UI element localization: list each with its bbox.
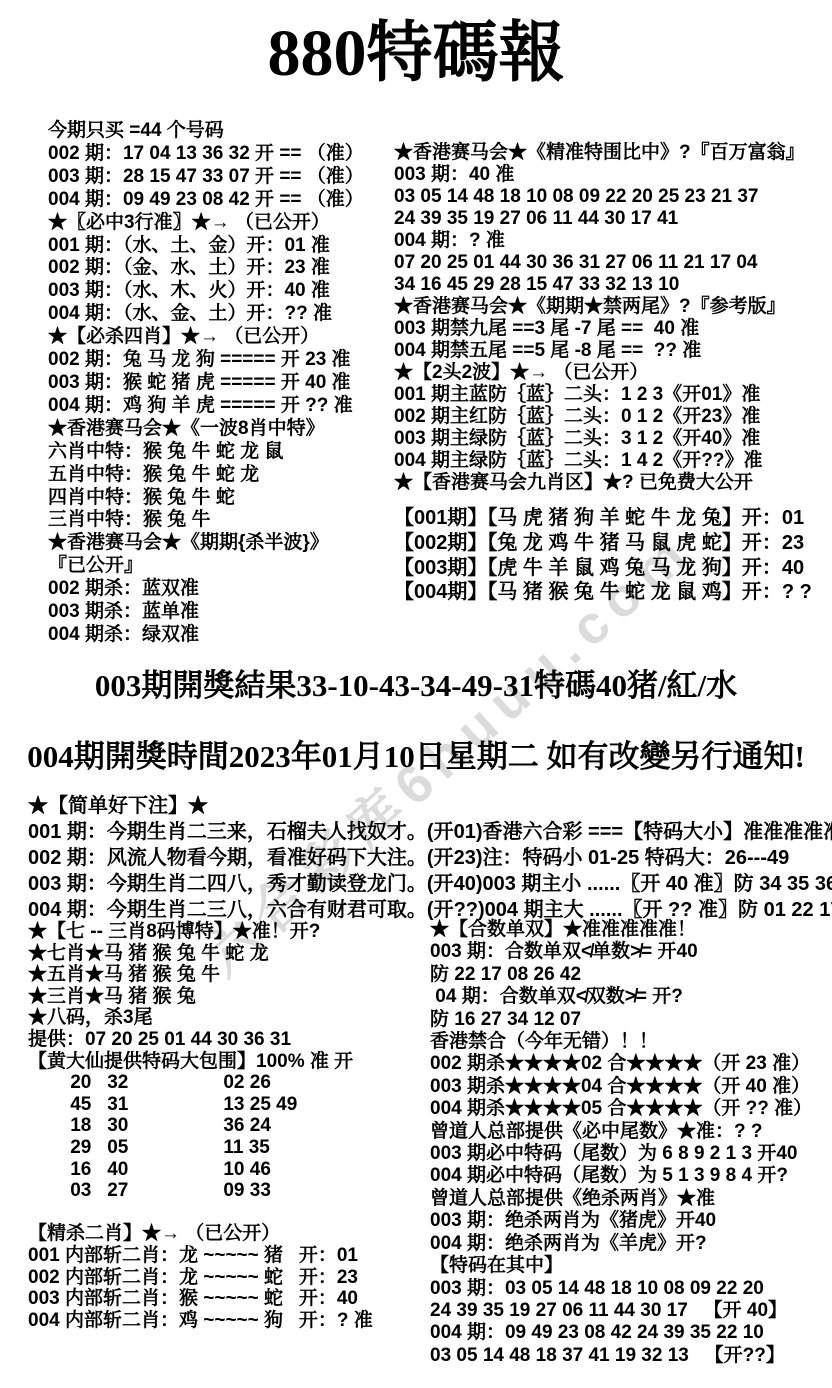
page: 六合彩库6huuu.com 880特碼報 今期只买 =44 个号码002 期：1… xyxy=(0,0,832,1388)
text-line: 003 期主绿防｛蓝｝二头：3 1 2《开40》准 xyxy=(394,428,826,450)
text-line: 20 32 02 26 xyxy=(28,1072,428,1094)
text-line: ★【简单好下注】★ xyxy=(28,793,828,819)
text-line: ★香港赛马会★《一波8肖中特》 xyxy=(48,418,393,441)
text-line: 【黄大仙提供特码大包围】100% 准 开 xyxy=(28,1051,428,1073)
text-line: 003 期：28 15 47 33 07 开 == （准） xyxy=(48,166,393,189)
text-line xyxy=(28,1202,428,1224)
text-line: 曾道人总部提供《绝杀两肖》★准 xyxy=(430,1188,830,1210)
text-line: 【精杀二肖】★→ （已公开） xyxy=(28,1223,428,1245)
text-line: ★【必杀四肖】★→ （已公开） xyxy=(48,326,393,349)
text-line: 003 期杀：蓝单准 xyxy=(48,601,393,624)
text-line: 【003期】【虎 牛 羊 鼠 鸡 兔 马 龙 狗】开：40 xyxy=(394,556,826,581)
text-line: 04 期：合数单双≮双数≯= 开? xyxy=(430,986,830,1008)
text-line: 防 22 17 08 26 42 xyxy=(430,964,830,986)
text-line: 002 期杀：蓝双准 xyxy=(48,578,393,601)
text-line: 003 期：合数单双≮单数≯= 开40 xyxy=(430,941,830,963)
text-line: ★七肖★马 猪 猴 兔 牛 蛇 龙 xyxy=(28,943,428,965)
text-line: 三肖中特：猴 兔 牛 xyxy=(48,509,393,532)
section-top-left-tips: 今期只买 =44 个号码002 期：17 04 13 36 32 开 == （准… xyxy=(48,120,393,647)
text-line: 003 期杀★★★★04 合★★★★（开 40 准） xyxy=(430,1076,830,1098)
text-line: 001 期：（水、土、金）开：01 准 xyxy=(48,235,393,258)
text-line: 004 期：09 49 23 08 42 开 == （准） xyxy=(48,189,393,212)
text-line: 003 期：40 准 xyxy=(394,164,826,186)
text-line: 004 期杀：绿双准 xyxy=(48,624,393,647)
text-line: ★香港赛马会★《期期{杀半波}》 xyxy=(48,532,393,555)
text-line: 002 内部斩二肖：龙 ~~~~~ 蛇 开：23 xyxy=(28,1267,428,1289)
text-line: 24 39 35 19 27 06 11 44 30 17 【开 40】 xyxy=(430,1300,830,1322)
text-line: 001 内部斩二肖：龙 ~~~~~ 猪 开：01 xyxy=(28,1245,428,1267)
text-line: 提供：07 20 25 01 44 30 36 31 xyxy=(28,1029,428,1051)
text-line: 003 期：绝杀两肖为《猪虎》开40 xyxy=(430,1210,830,1232)
text-line: 『已公开』 xyxy=(48,555,393,578)
text-line: 34 16 45 29 28 15 47 33 32 13 10 xyxy=(394,274,826,296)
text-line: 【004期】【马 猪 猴 兔 牛 蛇 龙 鼠 鸡】开：? ? xyxy=(394,580,826,605)
text-line: ★【香港赛马会九肖区】★? 已免费大公开 xyxy=(394,472,826,494)
text-line: 002 期主红防｛蓝｝二头：0 1 2《开23》准 xyxy=(394,406,826,428)
text-line: 004 期主绿防｛蓝｝二头：1 4 2《开??》准 xyxy=(394,450,826,472)
text-line: 45 31 13 25 49 xyxy=(28,1094,428,1116)
section-lower-right: ★【合数单双】★准准准准准！003 期：合数单双≮单数≯= 开40防 22 17… xyxy=(430,919,830,1367)
text-line: 29 05 11 35 xyxy=(28,1137,428,1159)
section-lower-left: ★【七 -- 三肖8码博特】★准！开?★七肖★马 猪 猴 兔 牛 蛇 龙★五肖★… xyxy=(28,921,428,1331)
text-line: ★香港赛马会★《期期★禁两尾》?『参考版』 xyxy=(394,296,826,318)
text-line: ★三肖★马 猪 猴 兔 xyxy=(28,986,428,1008)
text-line: 16 40 10 46 xyxy=(28,1159,428,1181)
text-line: 【002期】【兔 龙 鸡 牛 猪 马 鼠 虎 蛇】开：23 xyxy=(394,531,826,556)
text-line: 004 期杀★★★★05 合★★★★（开 ?? 准） xyxy=(430,1098,830,1120)
result-banner: 003期開獎結果33-10-43-34-49-31特碼40猪/紅/水 xyxy=(0,660,832,705)
text-line: 曾道人总部提供《必中尾数》★准：? ? xyxy=(430,1121,830,1143)
text-line: 004 期：? 准 xyxy=(394,230,826,252)
top-right-main-lines: ★香港赛马会★《精准特围比中》?『百万富翁』003 期：40 准03 05 14… xyxy=(394,142,826,494)
text-line: 002 期：风流人物看今期，看准好码下大注。(开23)注：特码小 01-25 特… xyxy=(28,845,828,871)
text-line: ★【合数单双】★准准准准准！ xyxy=(430,919,830,941)
text-line: 004 期：（水、金、土）开：?? 准 xyxy=(48,303,393,326)
text-line: 003 期：03 05 14 48 18 10 08 09 22 20 xyxy=(430,1278,830,1300)
text-line: ★〖必中3行准〗★→ （已公开） xyxy=(48,212,393,235)
text-line: 001 期主蓝防｛蓝｝二头：1 2 3《开01》准 xyxy=(394,384,826,406)
text-line: 002 期杀★★★★02 合★★★★（开 23 准） xyxy=(430,1053,830,1075)
text-line: 香港禁合（今年无错）！！ xyxy=(430,1031,830,1053)
text-line: 防 16 27 34 12 07 xyxy=(430,1009,830,1031)
page-title: 880特碼報 xyxy=(0,18,832,90)
section-easy-bets: ★【简单好下注】★001 期：今期生肖二三来，石榴夫人找奴才。(开01)香港六合… xyxy=(28,793,828,923)
text-line: 003 期：猴 蛇 猪 虎 ===== 开 40 准 xyxy=(48,372,393,395)
text-line: 003 期：（水、木、火）开：40 准 xyxy=(48,280,393,303)
text-line: 24 39 35 19 27 06 11 44 30 17 41 xyxy=(394,208,826,230)
text-line: 004 期：绝杀两肖为《羊虎》开? xyxy=(430,1233,830,1255)
text-line: 002 期：兔 马 龙 狗 ===== 开 23 准 xyxy=(48,349,393,372)
text-line: 四肖中特：猴 兔 牛 蛇 xyxy=(48,487,393,510)
text-line: 003 内部斩二肖：猴 ~~~~~ 蛇 开：40 xyxy=(28,1288,428,1310)
text-line: 003 期：今期生肖二四八，秀才勤读登龙门。(开40)003 期主小 .....… xyxy=(28,871,828,897)
text-line: 004 期禁五尾 ==5 尾 -8 尾 == ?? 准 xyxy=(394,340,826,362)
text-line: 07 20 25 01 44 30 36 31 27 06 11 21 17 0… xyxy=(394,252,826,274)
next-draw-banner: 004期開獎時間2023年01月10日星期二 如有改變另行通知! xyxy=(0,731,832,776)
text-line: 【特码在其中】 xyxy=(430,1255,830,1277)
text-line: 004 内部斩二肖：鸡 ~~~~~ 狗 开：? 准 xyxy=(28,1310,428,1332)
text-line: 004 期：鸡 狗 羊 虎 ===== 开 ?? 准 xyxy=(48,395,393,418)
text-line: 003 期必中特码（尾数）为 6 8 9 2 1 3 开40 xyxy=(430,1143,830,1165)
text-line: 002 期：17 04 13 36 32 开 == （准） xyxy=(48,143,393,166)
section-top-right-tips: ★香港赛马会★《精准特围比中》?『百万富翁』003 期：40 准03 05 14… xyxy=(394,142,826,605)
text-line: 【001期】【马 虎 猪 狗 羊 蛇 牛 龙 兔】开：01 xyxy=(394,506,826,531)
text-line: ★八码，杀3尾 xyxy=(28,1007,428,1029)
text-line: 03 05 14 48 18 37 41 19 32 13 【开??】 xyxy=(430,1345,830,1367)
text-line: 002 期：（金、水、土）开：23 准 xyxy=(48,257,393,280)
text-line: 004 期：09 49 23 08 42 24 39 35 22 10 xyxy=(430,1322,830,1344)
text-line: 今期只买 =44 个号码 xyxy=(48,120,393,143)
text-line: 六肖中特：猴 兔 牛 蛇 龙 鼠 xyxy=(48,441,393,464)
text-line: ★五肖★马 猪 猴 兔 牛 xyxy=(28,964,428,986)
text-line: ★香港赛马会★《精准特围比中》?『百万富翁』 xyxy=(394,142,826,164)
nine-xiao-zone: 【001期】【马 虎 猪 狗 羊 蛇 牛 龙 兔】开：01【002期】【兔 龙 … xyxy=(394,506,826,605)
text-line: 五肖中特：猴 兔 牛 蛇 龙 xyxy=(48,464,393,487)
text-line: ★【2头2波】★→ （已公开） xyxy=(394,362,826,384)
text-line: 003 期禁九尾 ==3 尾 -7 尾 == 40 准 xyxy=(394,318,826,340)
text-line: 001 期：今期生肖二三来，石榴夫人找奴才。(开01)香港六合彩 ===【特码大… xyxy=(28,819,828,845)
text-line: 03 05 14 48 18 10 08 09 22 20 25 23 21 3… xyxy=(394,186,826,208)
text-line: 03 27 09 33 xyxy=(28,1180,428,1202)
text-line: ★【七 -- 三肖8码博特】★准！开? xyxy=(28,921,428,943)
text-line: 004 期必中特码（尾数）为 5 1 3 9 8 4 开? xyxy=(430,1165,830,1187)
text-line: 18 30 36 24 xyxy=(28,1115,428,1137)
